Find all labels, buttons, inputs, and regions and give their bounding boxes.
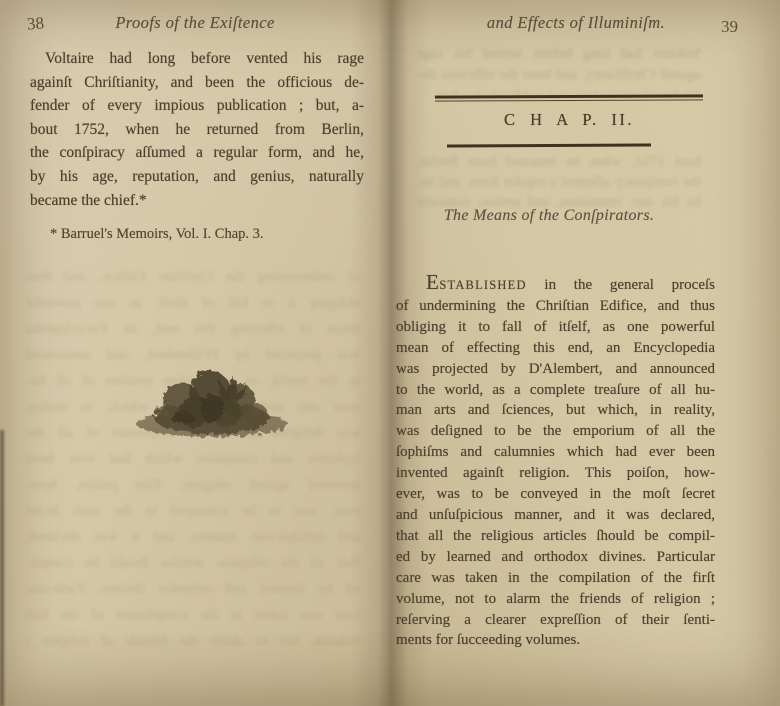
right-bleedthrough-mid: bout 1752, when he returned from Berlin,… — [417, 152, 701, 208]
body-line: ESTABLISHED in the general proceſs — [396, 272, 715, 296]
left-bleedthrough-text: of undermining the Chriſtian Edifice, an… — [26, 264, 360, 664]
left-running-head: Proofs of the Exiſtence — [70, 13, 320, 33]
drop-cap: E — [426, 270, 439, 294]
body-line: the conſpiracy aſſumed a regular form, a… — [30, 141, 364, 165]
body-line: Voltaire had long before vented his rage — [30, 47, 364, 71]
body-line: againſt Chriſtianity, and been the offic… — [30, 71, 364, 95]
woodcut-ornament-image — [130, 358, 294, 446]
body-line: by his age, reputation, and genius, natu… — [30, 165, 364, 189]
body-line: became the chief.* — [30, 189, 364, 213]
body-line: ments for ſucceeding volumes. — [396, 630, 715, 651]
right-bleedthrough-top: Voltaire had long before vented his rage… — [417, 44, 701, 94]
body-line: volume, not to alarm the friends of reli… — [396, 589, 715, 610]
chapter-heading: C H A P. II. — [429, 110, 709, 130]
body-line: that all the religious articles ſhould b… — [396, 526, 715, 547]
right-running-head: and Effects of Illuminiſm. — [451, 13, 701, 33]
page-right: Voltaire had long before vented his rage… — [389, 0, 780, 706]
right-body-paragraph: ESTABLISHED in the general proceſs of un… — [396, 272, 715, 651]
body-line: to the world, as a complete treaſure of … — [396, 380, 715, 401]
body-line: bout 1752, when he returned from Berlin, — [30, 118, 364, 142]
left-page-number: 38 — [26, 13, 44, 34]
chapter-rule-bottom — [447, 143, 651, 148]
body-line: was deſigned to be the emporium of all t… — [396, 421, 715, 442]
body-line: man arts and ſciences, but which, in rea… — [396, 400, 715, 421]
body-line: and unſuſpicious manner, and it was decl… — [396, 505, 715, 526]
body-line: ed by learned and orthodox divines. Part… — [396, 547, 715, 568]
book-spread: of undermining the Chriſtian Edifice, an… — [0, 0, 780, 706]
chapter-rule-top — [435, 94, 703, 101]
first-line-rest: in the general proceſs — [527, 277, 715, 293]
body-line: fender of every impious publication ; bu… — [30, 94, 364, 118]
right-page-number: 39 — [721, 17, 738, 37]
body-line: ſophiſms and calumnies which had ever be… — [396, 442, 715, 463]
section-title: The Means of the Conſpirators. — [399, 207, 699, 225]
lead-small-caps: STABLISHED — [439, 278, 526, 292]
body-line: care was taken in the compilation of the… — [396, 568, 715, 589]
footnote: * Barruel's Memoirs, Vol. I. Chap. 3. — [50, 226, 264, 243]
body-line: invented againſt religion. This poiſon, … — [396, 463, 715, 484]
body-line: was projected by D'Alembert, and announc… — [396, 359, 715, 380]
body-line: of undermining the Chriſtian Edifice, an… — [396, 296, 715, 317]
body-line: obliging it to fall of itſelf, as one po… — [396, 317, 715, 338]
left-body-paragraph: Voltaire had long before vented his rage… — [30, 47, 364, 212]
body-line: ever, was to be conveyed in the moſt ſec… — [396, 484, 715, 505]
page-left: of undermining the Chriſtian Edifice, an… — [0, 0, 389, 706]
body-line: mean of effecting this end, an Encyclope… — [396, 338, 715, 359]
body-line: reſerving a clearer expreſſion of their … — [396, 610, 715, 631]
